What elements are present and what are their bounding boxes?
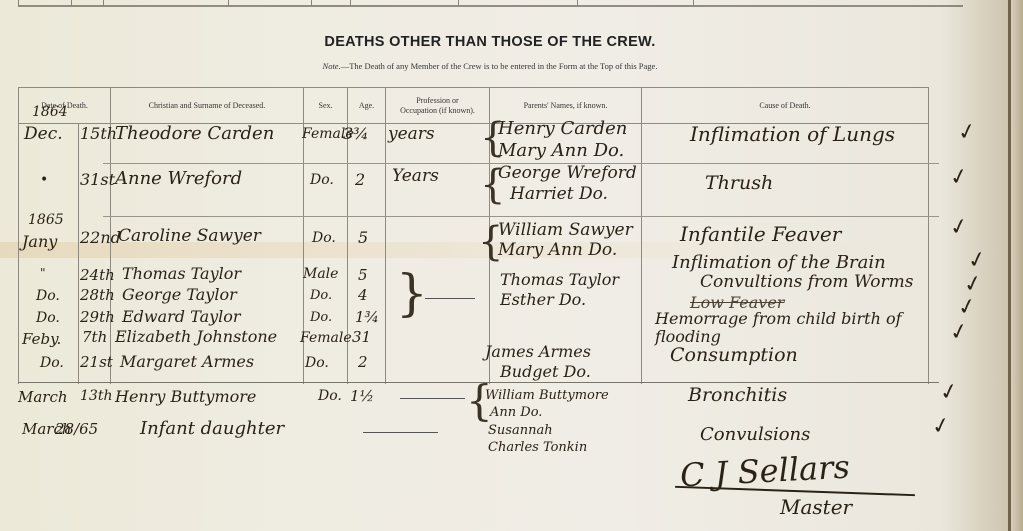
cell-cause: Inflimation of Lungs: [690, 122, 895, 146]
cell-month: Do.: [36, 288, 60, 304]
cell-name: Thomas Taylor: [122, 264, 241, 283]
cell-month: Do.: [40, 355, 64, 371]
cell-age: 2: [358, 353, 368, 371]
page-binding: [1008, 0, 1011, 531]
cell-name: Henry Buttymore: [115, 387, 256, 406]
cell-age: 1¾: [355, 308, 379, 326]
cell-day: 28/65: [55, 420, 98, 438]
cell-month: Jany: [22, 232, 57, 251]
cell-age: 2: [355, 170, 365, 189]
cell-day: 13th: [80, 388, 112, 404]
master-title: Master: [780, 495, 852, 519]
cell-age: 5: [358, 266, 368, 284]
cell-sex: Do.: [310, 310, 332, 325]
cell-parent-mother: Mary Ann Do.: [498, 140, 624, 161]
cell-month: Feby.: [22, 330, 61, 348]
cell-name: Theodore Carden: [115, 123, 274, 144]
cell-month: •: [40, 172, 48, 188]
cell-day: 21st: [80, 353, 113, 371]
cell-sex: Male: [303, 266, 338, 282]
section-note: Note.—The Death of any Member of the Cre…: [0, 61, 980, 71]
cell-parent-father: Charles Tonkin: [488, 440, 587, 455]
cell-month: March: [18, 388, 68, 406]
cell-day: 22nd: [80, 228, 121, 247]
cell-day: 31st: [80, 170, 115, 189]
note-text: —The Death of any Member of the Crew is …: [341, 61, 658, 71]
cell-age: 3¾: [343, 124, 369, 143]
header-sex: Sex.: [304, 88, 348, 124]
cell-month: Do.: [36, 310, 60, 326]
cell-name: Caroline Sawyer: [118, 226, 261, 246]
header-name: Christian and Surname of Deceased.: [111, 88, 304, 124]
cell-sex: Do.: [305, 355, 329, 371]
check-mark-icon: ✓: [948, 163, 971, 191]
section-title: DEATHS OTHER THAN THOSE OF THE CREW.: [0, 34, 980, 50]
cell-cause: Infantile Feaver: [680, 222, 841, 246]
cell-parent-father: George Wreford: [498, 163, 637, 183]
cell-age: 4: [358, 286, 368, 304]
header-profession-line1: Profession or: [416, 96, 458, 105]
check-mark-icon: ✓: [938, 378, 961, 406]
cell-sex: Do.: [310, 172, 334, 188]
cell-age: 1½: [350, 387, 374, 405]
cell-parent-mother: Ann Do.: [490, 405, 542, 420]
cell-cause: Consumption: [670, 344, 798, 366]
cell-age: 5: [358, 228, 368, 247]
cell-age: 31: [352, 328, 371, 346]
cell-sex: Do.: [318, 388, 342, 404]
cell-parent-father: Thomas Taylor: [500, 270, 619, 289]
dash: [400, 398, 465, 399]
check-mark-icon: ✓: [930, 412, 953, 440]
cell-name: Elizabeth Johnstone: [115, 327, 277, 346]
cell-parent-mother: Esther Do.: [500, 290, 586, 309]
cell-day: 28th: [80, 286, 115, 304]
cell-day: 29th: [80, 308, 115, 326]
year-label-1865: 1865: [28, 212, 64, 228]
cell-parent-father: William Sawyer: [498, 220, 633, 240]
note-label: Note.: [323, 61, 341, 71]
dash: [425, 298, 475, 299]
cell-parent-father: Henry Carden: [498, 118, 627, 139]
cell-cause: Bronchitis: [688, 384, 787, 406]
cell-parent-mother: Harriet Do.: [510, 184, 608, 204]
dash: [363, 432, 438, 433]
cell-sex: Do.: [310, 288, 332, 303]
cell-profession: Years: [392, 166, 439, 186]
previous-table-bottom-rule: [18, 5, 963, 7]
header-cause: Cause of Death.: [642, 88, 929, 124]
cell-parent-father: William Buttymore: [485, 388, 609, 403]
cell-profession: years: [388, 124, 435, 144]
check-mark-icon: ✓: [948, 318, 971, 346]
cell-day: 24th: [80, 266, 115, 284]
cell-parent-mother: Susannah: [488, 423, 553, 438]
header-profession: Profession orOccupation (if known).: [386, 88, 490, 124]
cell-parent-mother: Mary Ann Do.: [498, 240, 617, 260]
cell-cause: Convultions from Worms: [700, 272, 913, 292]
cell-cause: Convulsions: [700, 424, 810, 445]
row-divider: [103, 216, 939, 217]
cell-cause: Hemorrage from child birth of flooding: [655, 310, 945, 346]
brace: }: [396, 268, 428, 318]
cell-name: Anne Wreford: [115, 168, 242, 189]
cell-sex: Do.: [312, 230, 336, 246]
check-mark-icon: ✓: [956, 118, 979, 146]
cell-cause: Inflimation of the Brain: [672, 252, 886, 273]
cell-cause: Thrush: [705, 172, 773, 194]
cell-month: Dec.: [24, 124, 63, 144]
check-mark-icon: ✓: [956, 293, 979, 321]
page-edge: [1011, 0, 1023, 531]
year-label-1864: 1864: [32, 104, 68, 120]
cell-day: 15th: [80, 124, 117, 143]
cell-sex: Female: [300, 330, 352, 346]
cell-name: George Taylor: [122, 285, 237, 304]
cell-parent-father: James Armes: [485, 342, 591, 361]
header-age: Age.: [348, 88, 386, 124]
header-profession-line2: Occupation (if known).: [400, 106, 475, 115]
cell-name: Infant daughter: [140, 418, 284, 439]
cell-day: 7th: [82, 328, 107, 346]
cell-name: Edward Taylor: [122, 307, 241, 326]
check-mark-icon: ✓: [948, 213, 971, 241]
table-header-row: Date of Death. Christian and Surname of …: [19, 88, 929, 124]
cell-name: Margaret Armes: [120, 352, 254, 371]
cell-parent-mother: Budget Do.: [500, 362, 591, 381]
cell-month: ": [40, 266, 46, 280]
